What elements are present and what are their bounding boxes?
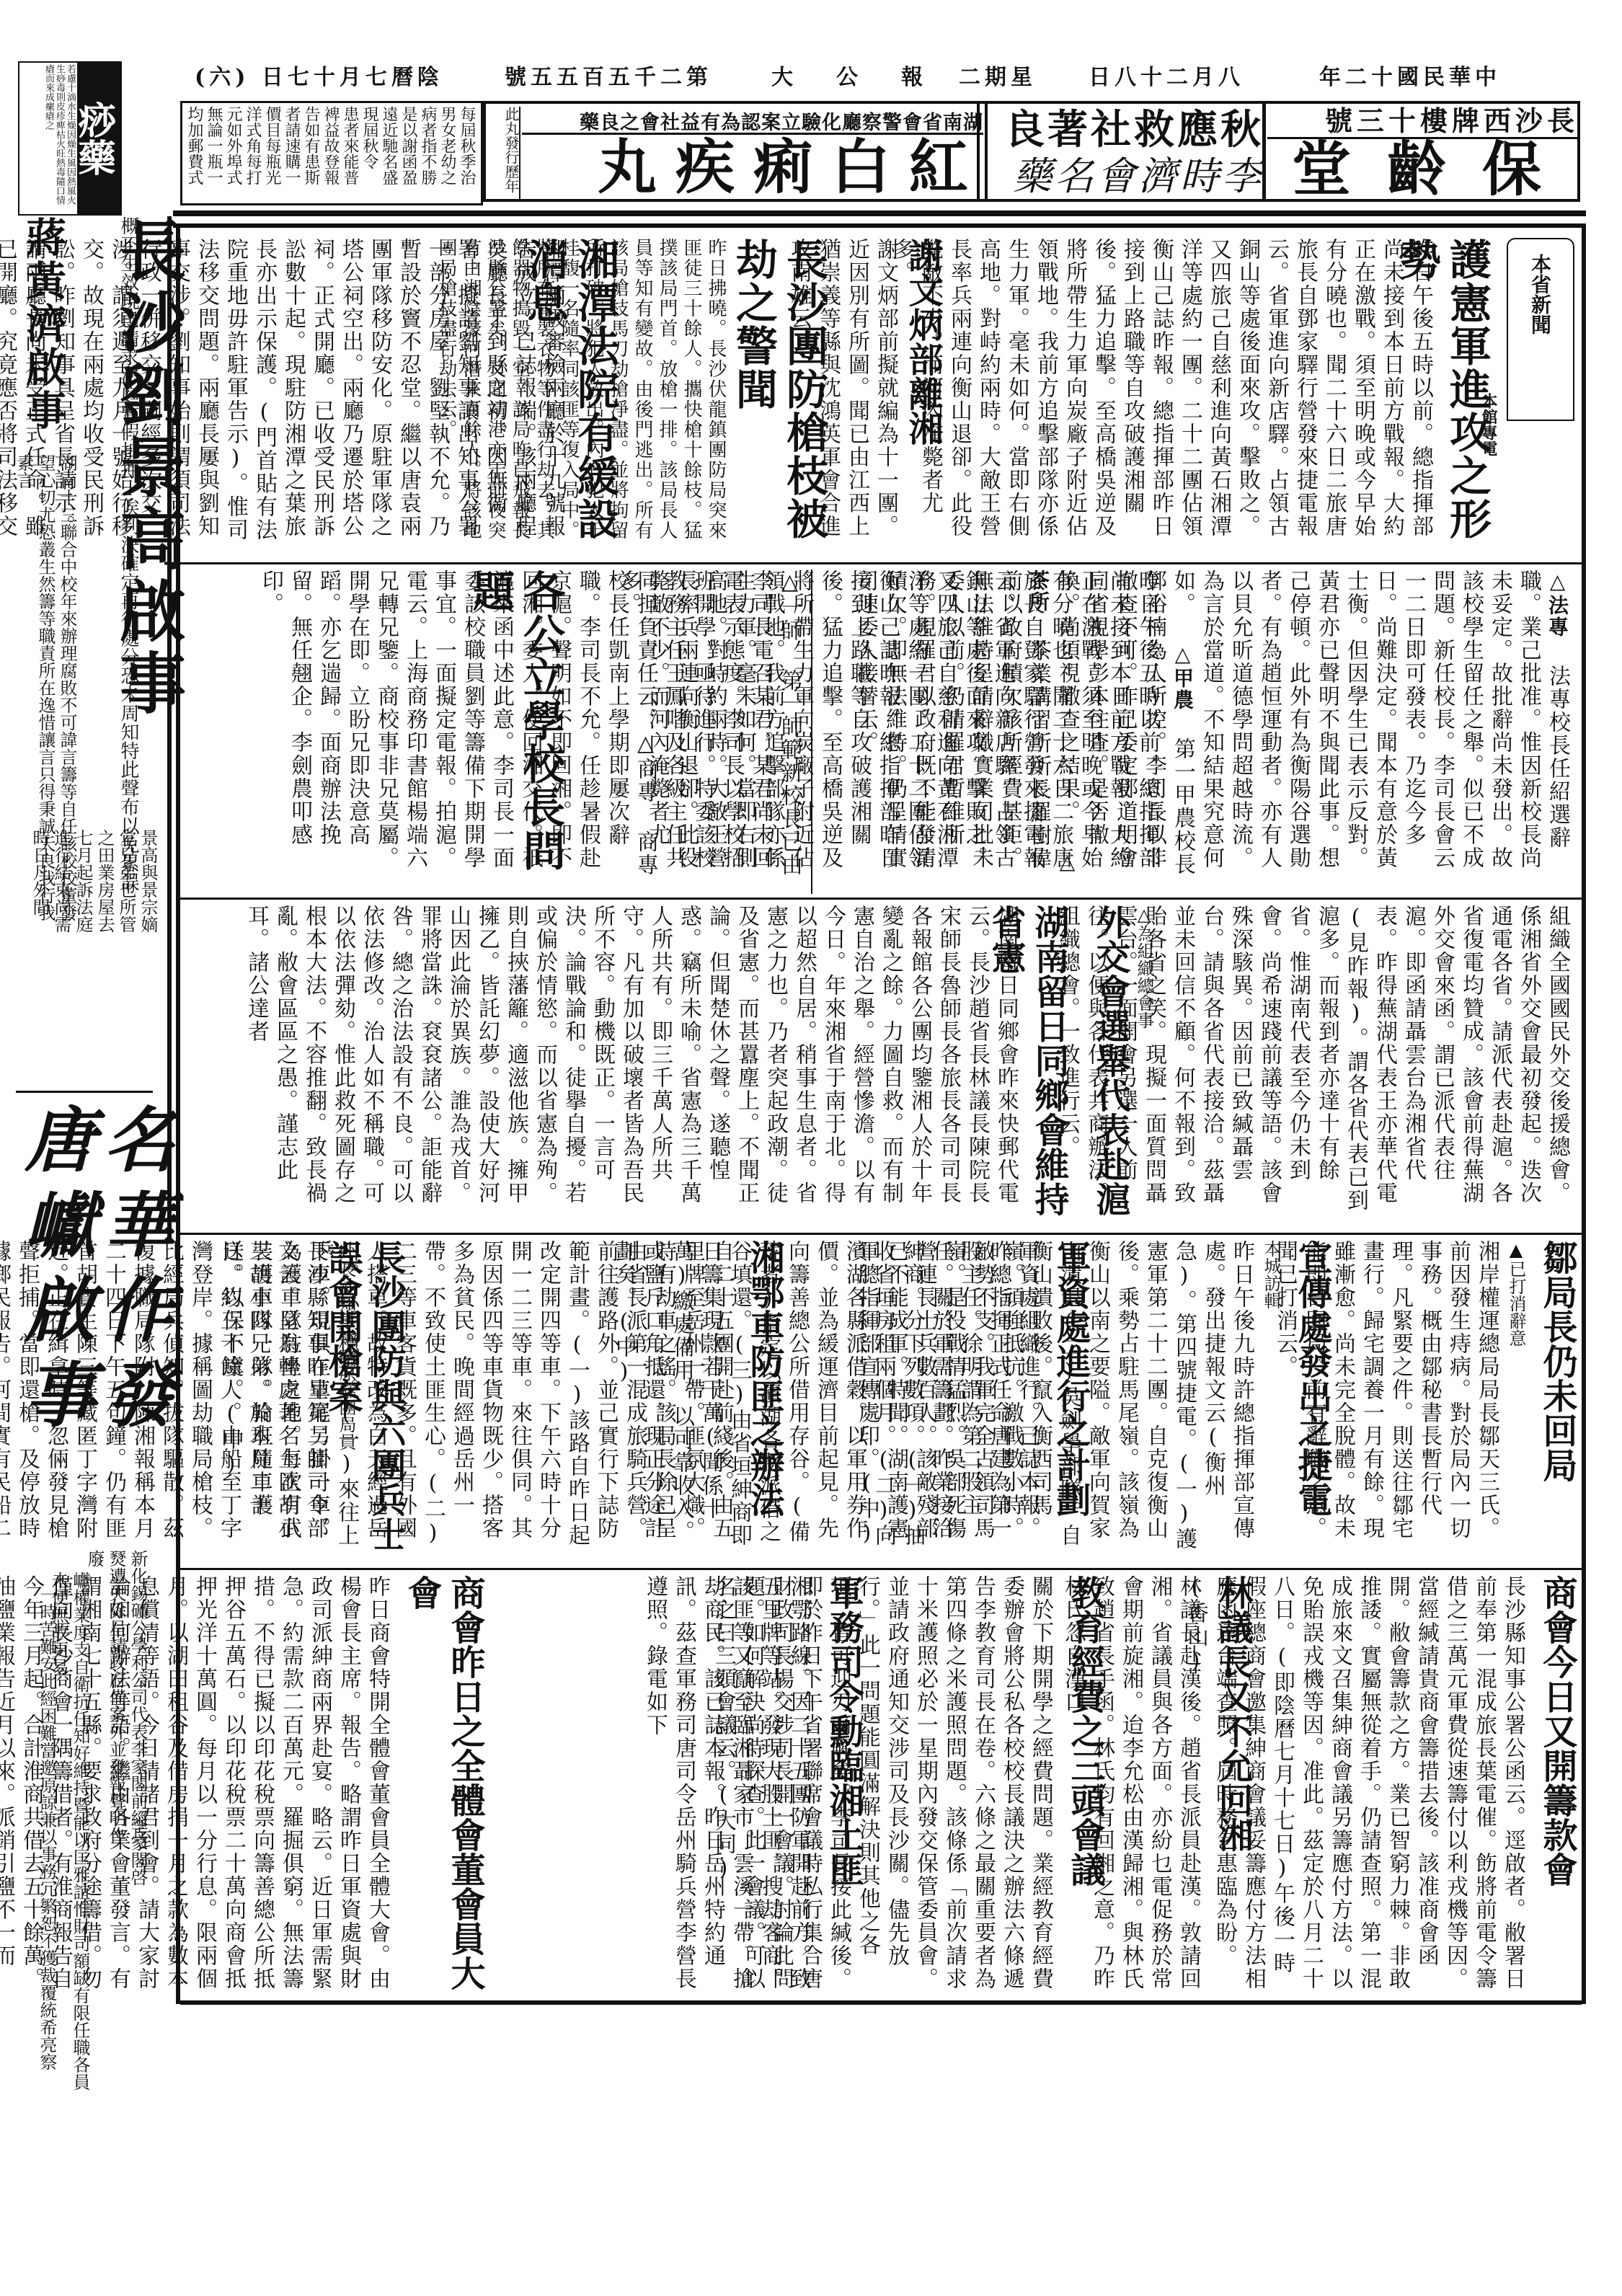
hongbai-title: 紅白痢疾丸 (526, 136, 987, 199)
notice-line: 元如外埠式 (224, 106, 242, 185)
article-body: 長沙縣知事公署公函云。逕啟者。敝署日前奉第一混成旅長葉電催。飭將前電令籌借之三萬… (1260, 1575, 1527, 1993)
notice-box-text: 每屆秋季治 男女老幼之 病者指不勝 是以謝函盈 遠近馳名盛 現屆秋令 患者來能普… (181, 106, 477, 201)
qiuying-line2: 李時濟會名藥 (984, 154, 1264, 199)
headline: 謝文炳部離湘 (901, 238, 944, 555)
notice-line: 患者來能普 (341, 106, 359, 185)
article-body: 昨日午後九時許總指揮部宣傳處。發出捷報文云(衡州急)。第四號捷電。(一)護憲軍第… (1097, 1240, 1256, 1557)
notice-line: 病者指不勝 (419, 106, 437, 185)
article-shanghui-choukuan: 商會今日又開籌款會 長沙縣知事公署公函云。逕啟者。敝署日前奉第一混成旅長葉電催。… (1258, 1575, 1579, 1997)
notice-line: 均加郵費式 (185, 106, 203, 185)
rule-left-h (16, 1091, 153, 1093)
ad-qiuying: 秋應救社著良 李時濟會名藥 (977, 101, 1265, 202)
jianong-label: △甲農 (1171, 642, 1195, 711)
rule-main-right (1582, 223, 1586, 2004)
article-body: 湘岸權運總局局長鄒天三氏。前因發生痔病。對於局內一切事務。概由鄒秘書長暫行代理。… (1339, 1240, 1501, 1557)
article-fazhuan: △法專 法專校長任紹選辭職。業己批准。惟因新校長尚未妥定。故批辭尚未發出。故該校… (1168, 569, 1579, 894)
hongbai-side: 此丸發行歷年 (487, 107, 520, 199)
article-xiangtan-fayuan: 湘潭法院有緩設消息 湘潭兩級審檢兩廳於十九號報告成立。已誌報端。該兩廳程吳廳長于… (184, 238, 620, 559)
article-body: 昨日午後五時以前。總指揮部尚未接到本日前方戰報。大約正在激戰。須至明晚或今早始有… (823, 569, 1161, 887)
article-shanghui-dongshi: 商會昨日之全體會董會員大會 昨日商會特開全體會董會員全體大會。由楊會長主席。報告… (184, 1575, 487, 1997)
article-changsha-tuanfang: 長沙團防槍枝被劫之警聞 昨日拂曉。長沙伏龍鎮團防局突來匪徒三十餘人。攜快槍十餘枝… (620, 238, 829, 559)
weekday: 二期星 (959, 59, 1037, 91)
notice-line: 是以謝函盈 (399, 106, 417, 185)
notice-line: 現屆秋令 (360, 106, 378, 169)
article-liuri-tongxiang: 湖南留日同鄉會維持省憲 湖南留日同鄉會昨來快郵代電云。長沙趙省長林議長陳院長宋師… (184, 905, 1078, 1229)
ad-baoling: 長沙西牌樓十三號 保齡堂 (1263, 101, 1580, 202)
notice-line: 價目每瓶光 (263, 106, 281, 185)
article-xiewenbing: 謝文炳部離湘 謝文炳部前擬就編為十一團。近因別有所圖。聞已由江西上猶崇義等縣與沈… (829, 238, 952, 559)
article-huxian: 護憲軍進攻之形勢 昨日午後五時以前。總指揮部尚未接到本日前方戰報。大約正在激戰。… (952, 238, 1507, 559)
notice-line: 男女老幼之 (438, 106, 456, 185)
paper-name-char: 大 (771, 59, 797, 91)
notice-line: 裨益故登報 (322, 106, 340, 185)
rule-top (173, 210, 1586, 216)
fazhuan-body: 法專校長任紹選辭職。業己批准。惟因新校長尚未妥定。故批辭尚未發出。故該校學生留任… (1170, 569, 1570, 869)
baoling-name: 保齡堂 (1272, 138, 1577, 200)
date-line-left: (六) 日七十月七曆陰 (195, 59, 443, 91)
notice-line: 遠近馳名盛 (380, 106, 398, 185)
date-line-right: 日八十二月八 (1089, 59, 1244, 91)
headline: 商會今日又開籌款會 (1528, 1575, 1579, 1993)
baoling-address: 長沙西牌樓十三號 (1267, 105, 1579, 139)
article-body: 組織全國國民外交後援總會。係湘省外交會最初發起。迭次通電各省。請派代表赴滬。各省… (1161, 905, 1572, 1222)
ad-hongbai: 湖南省會警察廳化驗立案認為有益社會之良藥 紅白痢疾丸 此丸發行歷年 (483, 101, 988, 202)
subhead: ▲已打消辭意 (1505, 1240, 1527, 1384)
section-label-box: 本省新聞 (1507, 238, 1574, 421)
article-body: 謝文炳部前擬就編為十一團。近因別有所圖。聞已由江西上猶崇義等縣與沈鴻英軍會合進攻… (835, 238, 900, 555)
ad-notice-box: 每屆秋季治 男女老幼之 病者指不勝 是以謝函盈 遠近馳名盛 現屆秋令 患者來能普… (180, 101, 483, 205)
article-body: △法專 法專校長任紹選辭職。業己批准。惟因新校長尚未妥定。故批辭尚未發出。故該校… (1168, 569, 1572, 887)
section-label-bensheng: 本省新聞 (1525, 254, 1554, 412)
headline: 鄒局長仍未回局 (1528, 1240, 1579, 1557)
article-zou-juzhang: 鄒局長仍未回局 ▲已打消辭意 湘岸權運總局局長鄒天三氏。前因發生痔病。對於局內一… (1337, 1240, 1579, 1564)
rule-main-top (173, 223, 1586, 228)
article-waijiao: 外交會選舉代表赴滬 △為組織總會事 組織全國國民外交後援總會。係湘省外交會最初發… (1081, 905, 1579, 1229)
headline: 長沙團防槍枝被劫之警聞 (728, 238, 829, 555)
ad-shayao: 痧藥 若慮十滴水生燥因燥生風因熱風火生痧毒則皮疹痺枯火旺熱毒隨口情瘡而來成瘰瘡之 (18, 61, 122, 216)
article-body: 昨日商會特開全體會董會員全體大會。由楊會長主席。報告。略謂昨日軍資處與財政司派紳… (186, 1575, 391, 1993)
hongbai-header: 湖南省會警察廳化驗立案認為有益社會之良藥 (522, 107, 983, 135)
fazhuan-label: △法專 (1546, 569, 1569, 638)
notice-line: 告如有患斯 (302, 106, 320, 185)
ad-shayao-body: 若慮十滴水生燥因燥生風因熱風火生痧毒則皮疹痺枯火旺熱毒隨口情瘡而來成瘰瘡之 (22, 64, 76, 213)
notice-line: 每屆秋季治 (458, 106, 476, 185)
article-body: 關於下期開學之經費問題。業經教育經費委辦會將公私各校校長議決之辦法六條遞告李教育… (871, 1575, 1055, 1993)
notice-line: 者請速購一 (283, 106, 301, 185)
liu-notice-body-2: 景高與景宗嫡堂兄弟也所管之田業房屋去七月起訴法庭進行結束尚需時日凡外間 (94, 829, 159, 937)
article-body: 昨日午後五時以前。總指揮部尚未接到本日前方戰報。大約正在激戰。須至明晚或今早始有… (959, 238, 1435, 555)
ad-shayao-title: 痧藥 (77, 63, 120, 214)
qiuying-line1: 秋應救社著良 (984, 107, 1264, 153)
rule-row3 (180, 1233, 1582, 1235)
notice-line: 洋式角每打 (244, 106, 262, 185)
headline: 商會昨日之全體會董會員大會 (393, 1575, 487, 1993)
paper-name-char: 報 (901, 59, 927, 91)
rule-row4 (180, 1568, 1582, 1570)
rule-row1 (180, 562, 1582, 564)
rule-bottom (180, 2000, 1582, 2005)
paper-name-char: 公 (836, 59, 862, 91)
issue-number: 號五五百五千二第 (505, 59, 712, 91)
year-line: 年二十國民華中 (1319, 59, 1501, 91)
article-body: 昨日拂曉。長沙伏龍鎮團防局突來匪徒三十餘人。攜快槍十餘枝。猛撲該局門首。放槍一排… (620, 238, 728, 555)
article-body: 湘潭兩級審檢兩廳於十九號報告成立。已誌報端。該兩廳程吳廳長于到縣之初。因無衙署。… (185, 238, 567, 555)
notice-line: 無論一瓶一 (205, 106, 223, 185)
article-body: 湖南留日同鄉會昨來快郵代電云。長沙趙省長林議長陳院長宋師長魯師長各旅長各司司長各… (191, 905, 1020, 1222)
masthead-strip: (六) 日七十月七曆陰 號五五百五千二第 大 公 報 二期星 日八十二月八 年二… (195, 56, 1550, 89)
article-xiangtan-cont: 昨日午後五時以前。總指揮部尚未接到本日前方戰報。大約正在激戰。須至明晚或今早始有… (811, 569, 1166, 894)
rule-row2 (180, 897, 1582, 900)
